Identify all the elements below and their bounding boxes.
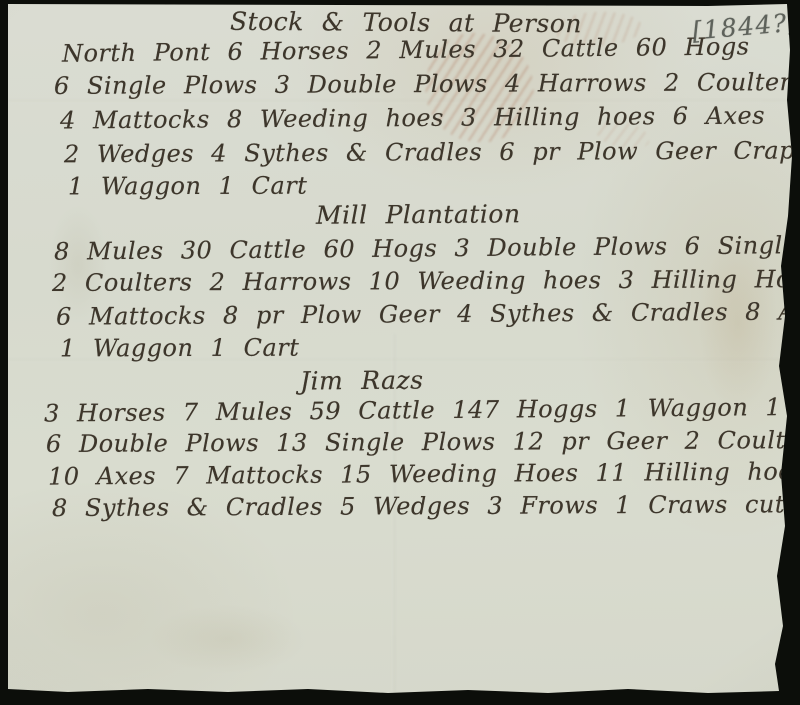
inventory-line: 2 Coulters 2 Harrows 10 Weeding hoes 3 H… [52,265,800,297]
inventory-line: 4 Mattocks 8 Weeding hoes 3 Hilling hoes… [60,102,765,135]
paper-stain [148,604,308,674]
inventory-line: 1 Waggon 1 Cart [68,172,307,201]
inventory-line: 8 Sythes & Cradles 5 Wedges 3 Frows 1 Cr… [52,490,800,522]
inventory-line: 6 Single Plows 3 Double Plows 4 Harrows … [54,68,800,100]
inventory-line: 3 Horses 7 Mules 59 Cattle 147 Hoggs 1 W… [44,392,800,427]
inventory-line: 10 Axes 7 Mattocks 15 Weeding Hoes 11 Hi… [48,457,800,490]
document-scan: Stock & Tools at Person [1844?] North Po… [0,0,800,705]
inventory-line: 8 Mules 30 Cattle 60 Hogs 3 Double Plows… [54,230,800,265]
section-heading-jim-razs: Jim Razs [300,365,424,395]
manuscript-paper: Stock & Tools at Person [1844?] North Po… [8,4,794,697]
inventory-line: 6 Mattocks 8 pr Plow Geer 4 Sythes & Cra… [56,297,800,330]
inventory-line: 6 Double Plows 13 Single Plows 12 pr Gee… [46,426,800,458]
section-heading-mill-plantation: Mill Plantation [316,199,521,229]
document-title: Stock & Tools at Person [230,7,582,38]
inventory-line: North Pont 6 Horses 2 Mules 32 Cattle 60… [62,32,750,67]
inventory-line: 2 Wedges 4 Sythes & Cradles 6 pr Plow Ge… [64,136,800,168]
inventory-line: 1 Waggon 1 Cart [60,334,299,363]
